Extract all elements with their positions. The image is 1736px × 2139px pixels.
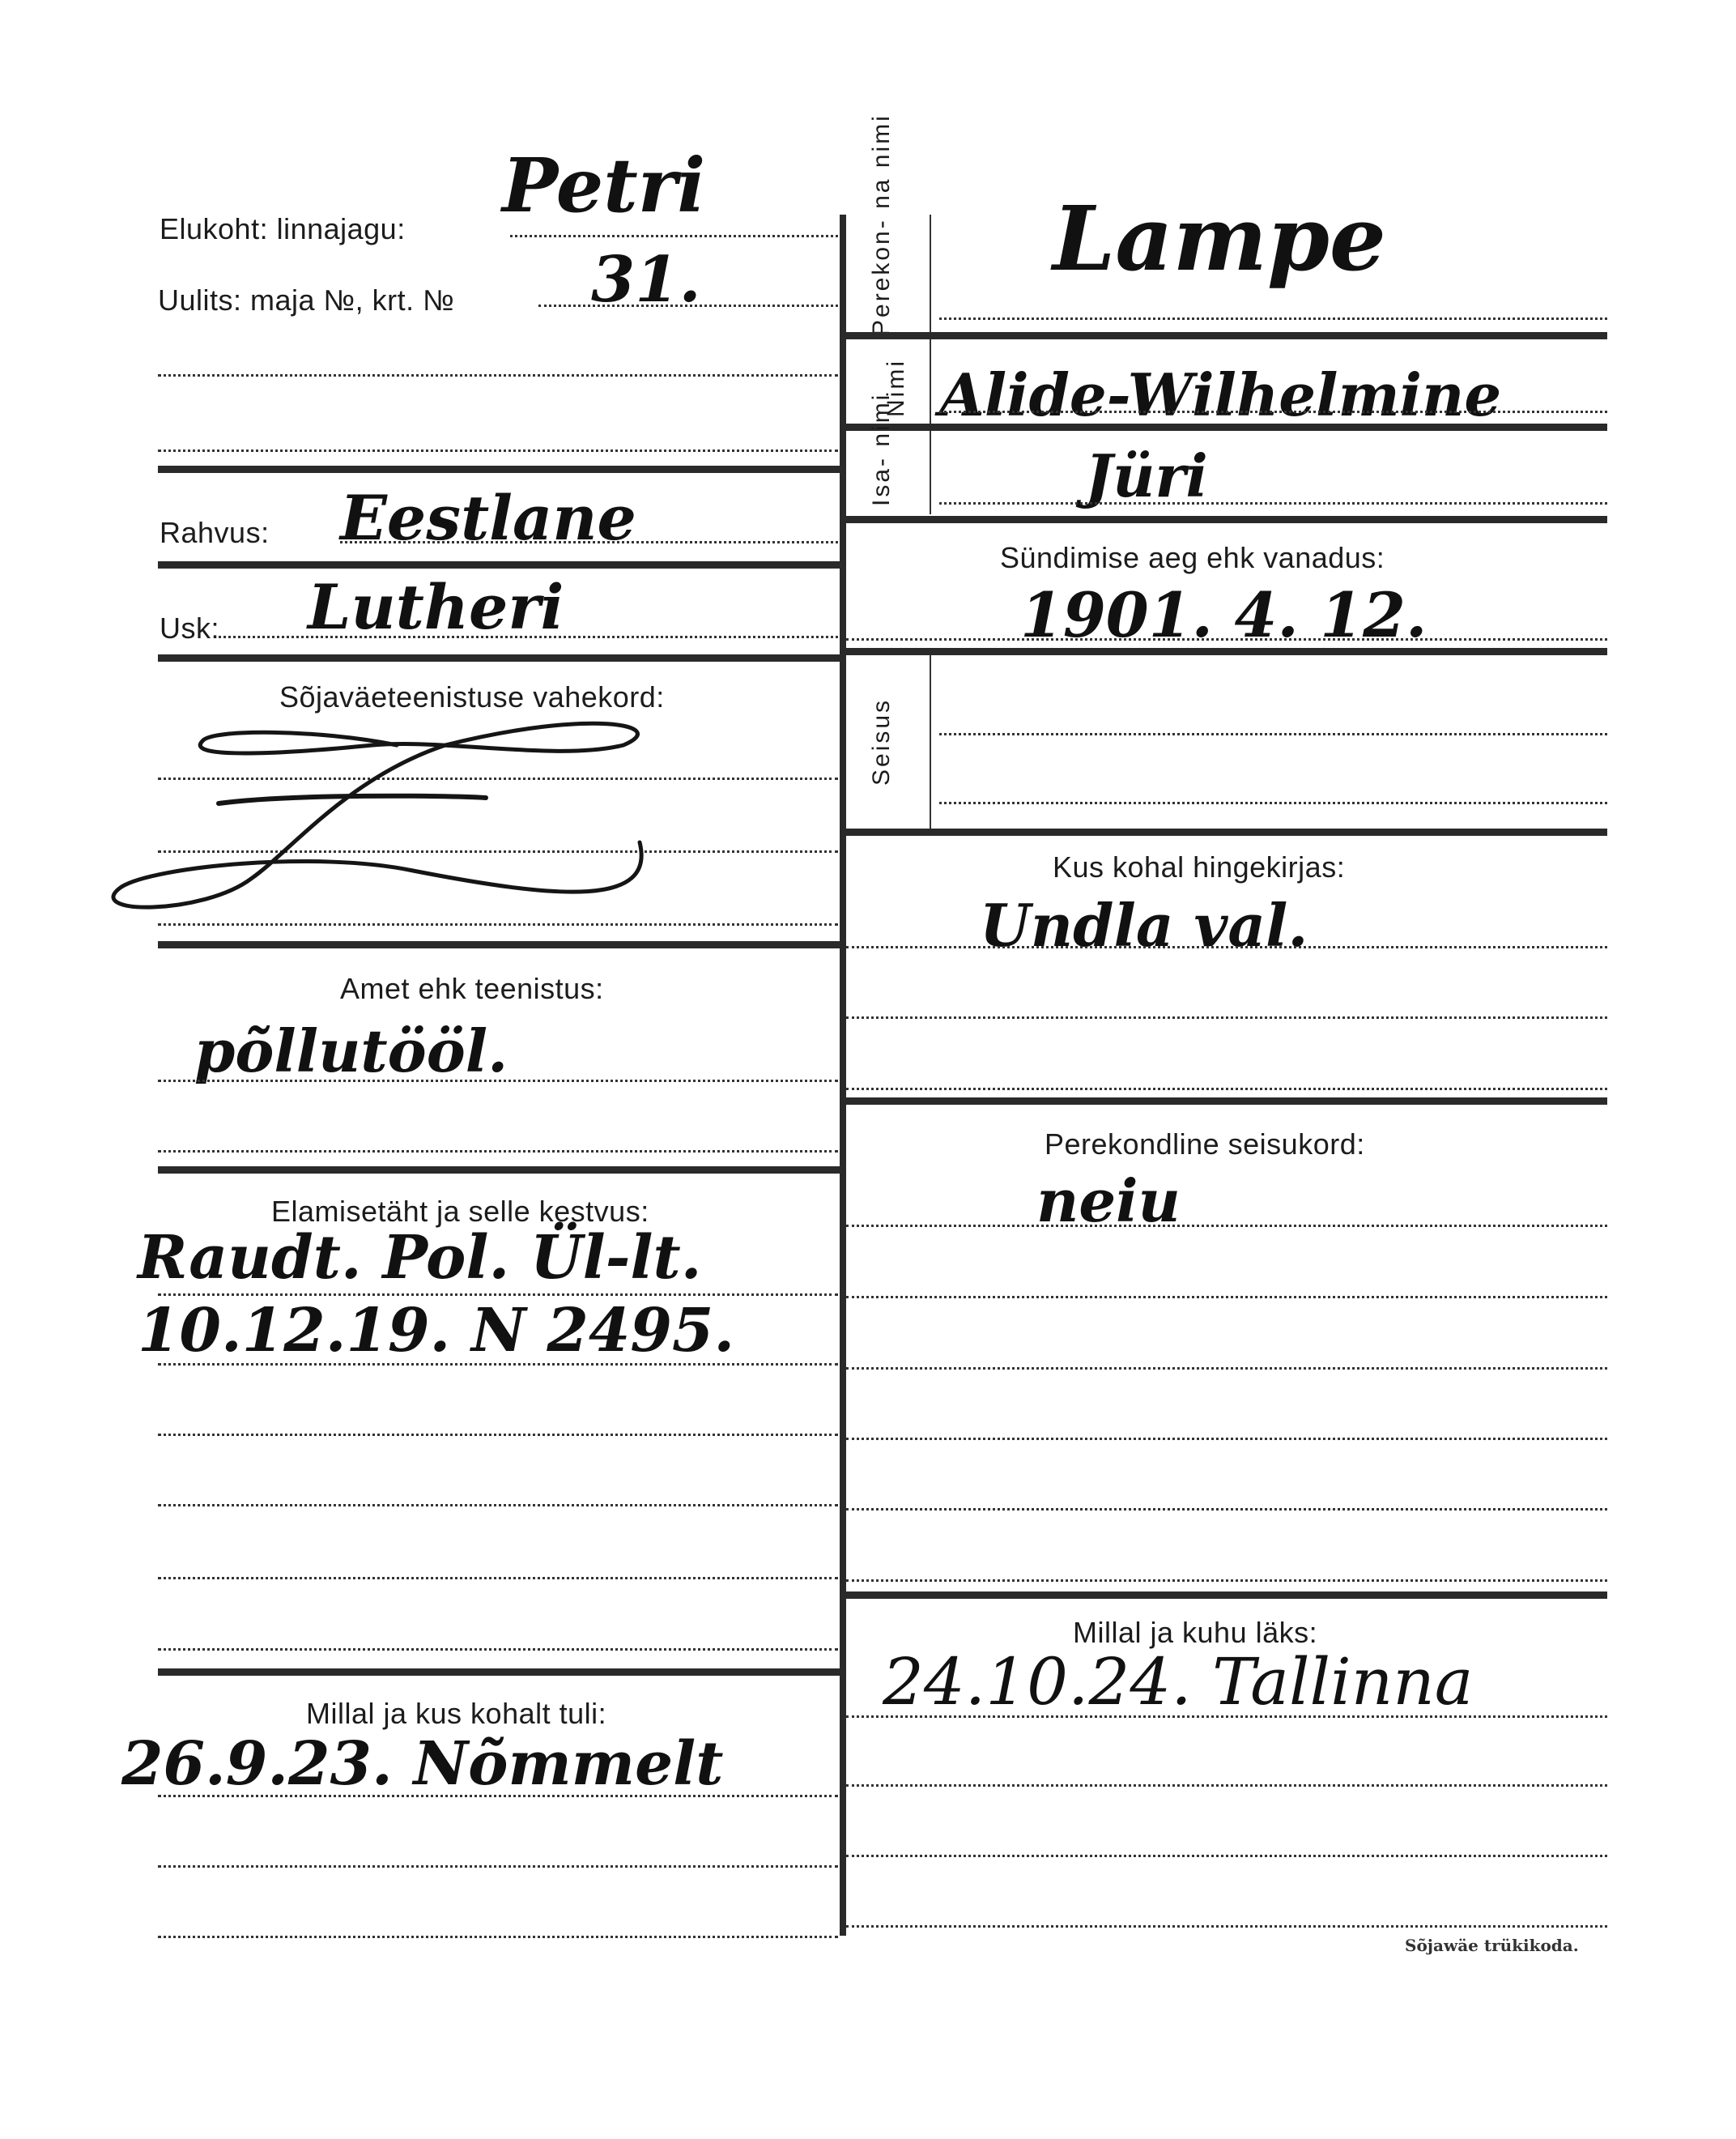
elukoht-label: Elukoht: linnajagu: <box>160 212 406 246</box>
elukoht-line <box>510 235 838 237</box>
amet-value: põllutööl. <box>194 1016 508 1085</box>
address-line-3 <box>158 374 838 377</box>
arrived-label: Millal ja kus kohalt tuli: <box>306 1697 606 1731</box>
section-divider <box>846 1591 1607 1599</box>
amet-line-2 <box>158 1150 838 1153</box>
seisus-line-1 <box>939 733 1607 735</box>
surname-line <box>939 317 1607 320</box>
surname-side-label: Perekon- na nimi <box>868 215 896 336</box>
section-divider <box>846 829 1607 836</box>
left-line-4 <box>846 1925 1607 1928</box>
elamiseluba-line-6 <box>158 1648 838 1651</box>
section-divider <box>158 654 840 662</box>
military-line-3 <box>158 923 838 926</box>
left-line-3 <box>846 1855 1607 1857</box>
military-label: Sõjaväeteenistuse vahekord: <box>279 680 665 714</box>
arrived-line-2 <box>158 1865 838 1868</box>
arrived-line-1 <box>158 1795 838 1797</box>
section-divider <box>846 424 1607 431</box>
uulits-line <box>538 305 838 307</box>
section-divider <box>846 1097 1607 1105</box>
printer-imprint: Sõjawäe trükikoda. <box>1405 1936 1579 1955</box>
left-line-1 <box>846 1715 1607 1718</box>
rahvus-label: Rahvus: <box>160 516 270 550</box>
elamiseluba-line-5 <box>158 1577 838 1579</box>
elamiseluba-line-2 <box>158 1363 838 1366</box>
section-divider <box>846 516 1607 523</box>
amet-line-1 <box>158 1080 838 1082</box>
family-line-1 <box>846 1225 1607 1227</box>
family-line-2 <box>846 1296 1607 1298</box>
usk-label: Usk: <box>160 611 219 646</box>
address-line-4 <box>158 450 838 452</box>
section-divider <box>158 466 840 473</box>
father-side-label: Isa- nimi <box>868 433 896 506</box>
section-divider <box>158 1668 840 1676</box>
seisus-side-divider <box>930 654 931 829</box>
name-line <box>939 411 1607 413</box>
hingekiri-line-1 <box>846 946 1607 948</box>
rahvus-line <box>340 541 838 543</box>
section-divider <box>158 941 840 948</box>
elamiseluba-line2: 10.12.19. N 2495. <box>138 1296 734 1366</box>
section-divider <box>158 561 840 569</box>
left-line-2 <box>846 1784 1607 1787</box>
family-label: Perekondline seisukord: <box>1045 1127 1365 1161</box>
hingekiri-label: Kus kohal hingekirjas: <box>1053 850 1345 884</box>
family-line-5 <box>846 1508 1607 1511</box>
family-line-3 <box>846 1367 1607 1370</box>
crossed-out-scrawl <box>105 713 672 915</box>
registration-card: Elukoht: linnajagu: Petri Uulits: maja №… <box>0 0 1736 2139</box>
uulits-label: Uulits: maja №, krt. № <box>158 283 454 317</box>
section-divider <box>846 332 1607 339</box>
birth-line <box>846 638 1607 641</box>
side-label-divider <box>930 215 931 514</box>
hingekiri-line-2 <box>846 1016 1607 1019</box>
father-line <box>939 502 1607 505</box>
name-value: Alide-Wilhelmine <box>939 360 1501 429</box>
usk-line <box>219 636 838 638</box>
father-value: Jüri <box>1085 441 1208 510</box>
usk-value: Lutheri <box>308 571 564 643</box>
section-divider <box>158 1166 840 1174</box>
elamiseluba-line1: Raudt. Pol. Ül-lt. <box>138 1223 701 1293</box>
family-line-6 <box>846 1579 1607 1582</box>
elamiseluba-line-3 <box>158 1434 838 1436</box>
amet-label: Amet ehk teenistus: <box>340 972 604 1006</box>
seisus-line-2 <box>939 802 1607 804</box>
hingekiri-line-3 <box>846 1088 1607 1090</box>
arrived-line-3 <box>158 1936 838 1938</box>
elukoht-value: Petri <box>502 142 705 229</box>
left-value: 24.10.24. Tallinna <box>883 1644 1473 1719</box>
elamiseluba-line-4 <box>158 1504 838 1506</box>
birth-label: Sündimise aeg ehk vanadus: <box>1000 541 1385 575</box>
family-line-4 <box>846 1438 1607 1440</box>
center-divider <box>840 215 846 1936</box>
arrived-value: 26.9.23. Nõmmelt <box>121 1729 723 1799</box>
section-divider <box>846 648 1607 655</box>
surname-value: Lampe <box>1053 186 1386 291</box>
hingekiri-value: Undla val. <box>980 891 1308 960</box>
seisus-side-label: Seisus <box>868 680 896 786</box>
